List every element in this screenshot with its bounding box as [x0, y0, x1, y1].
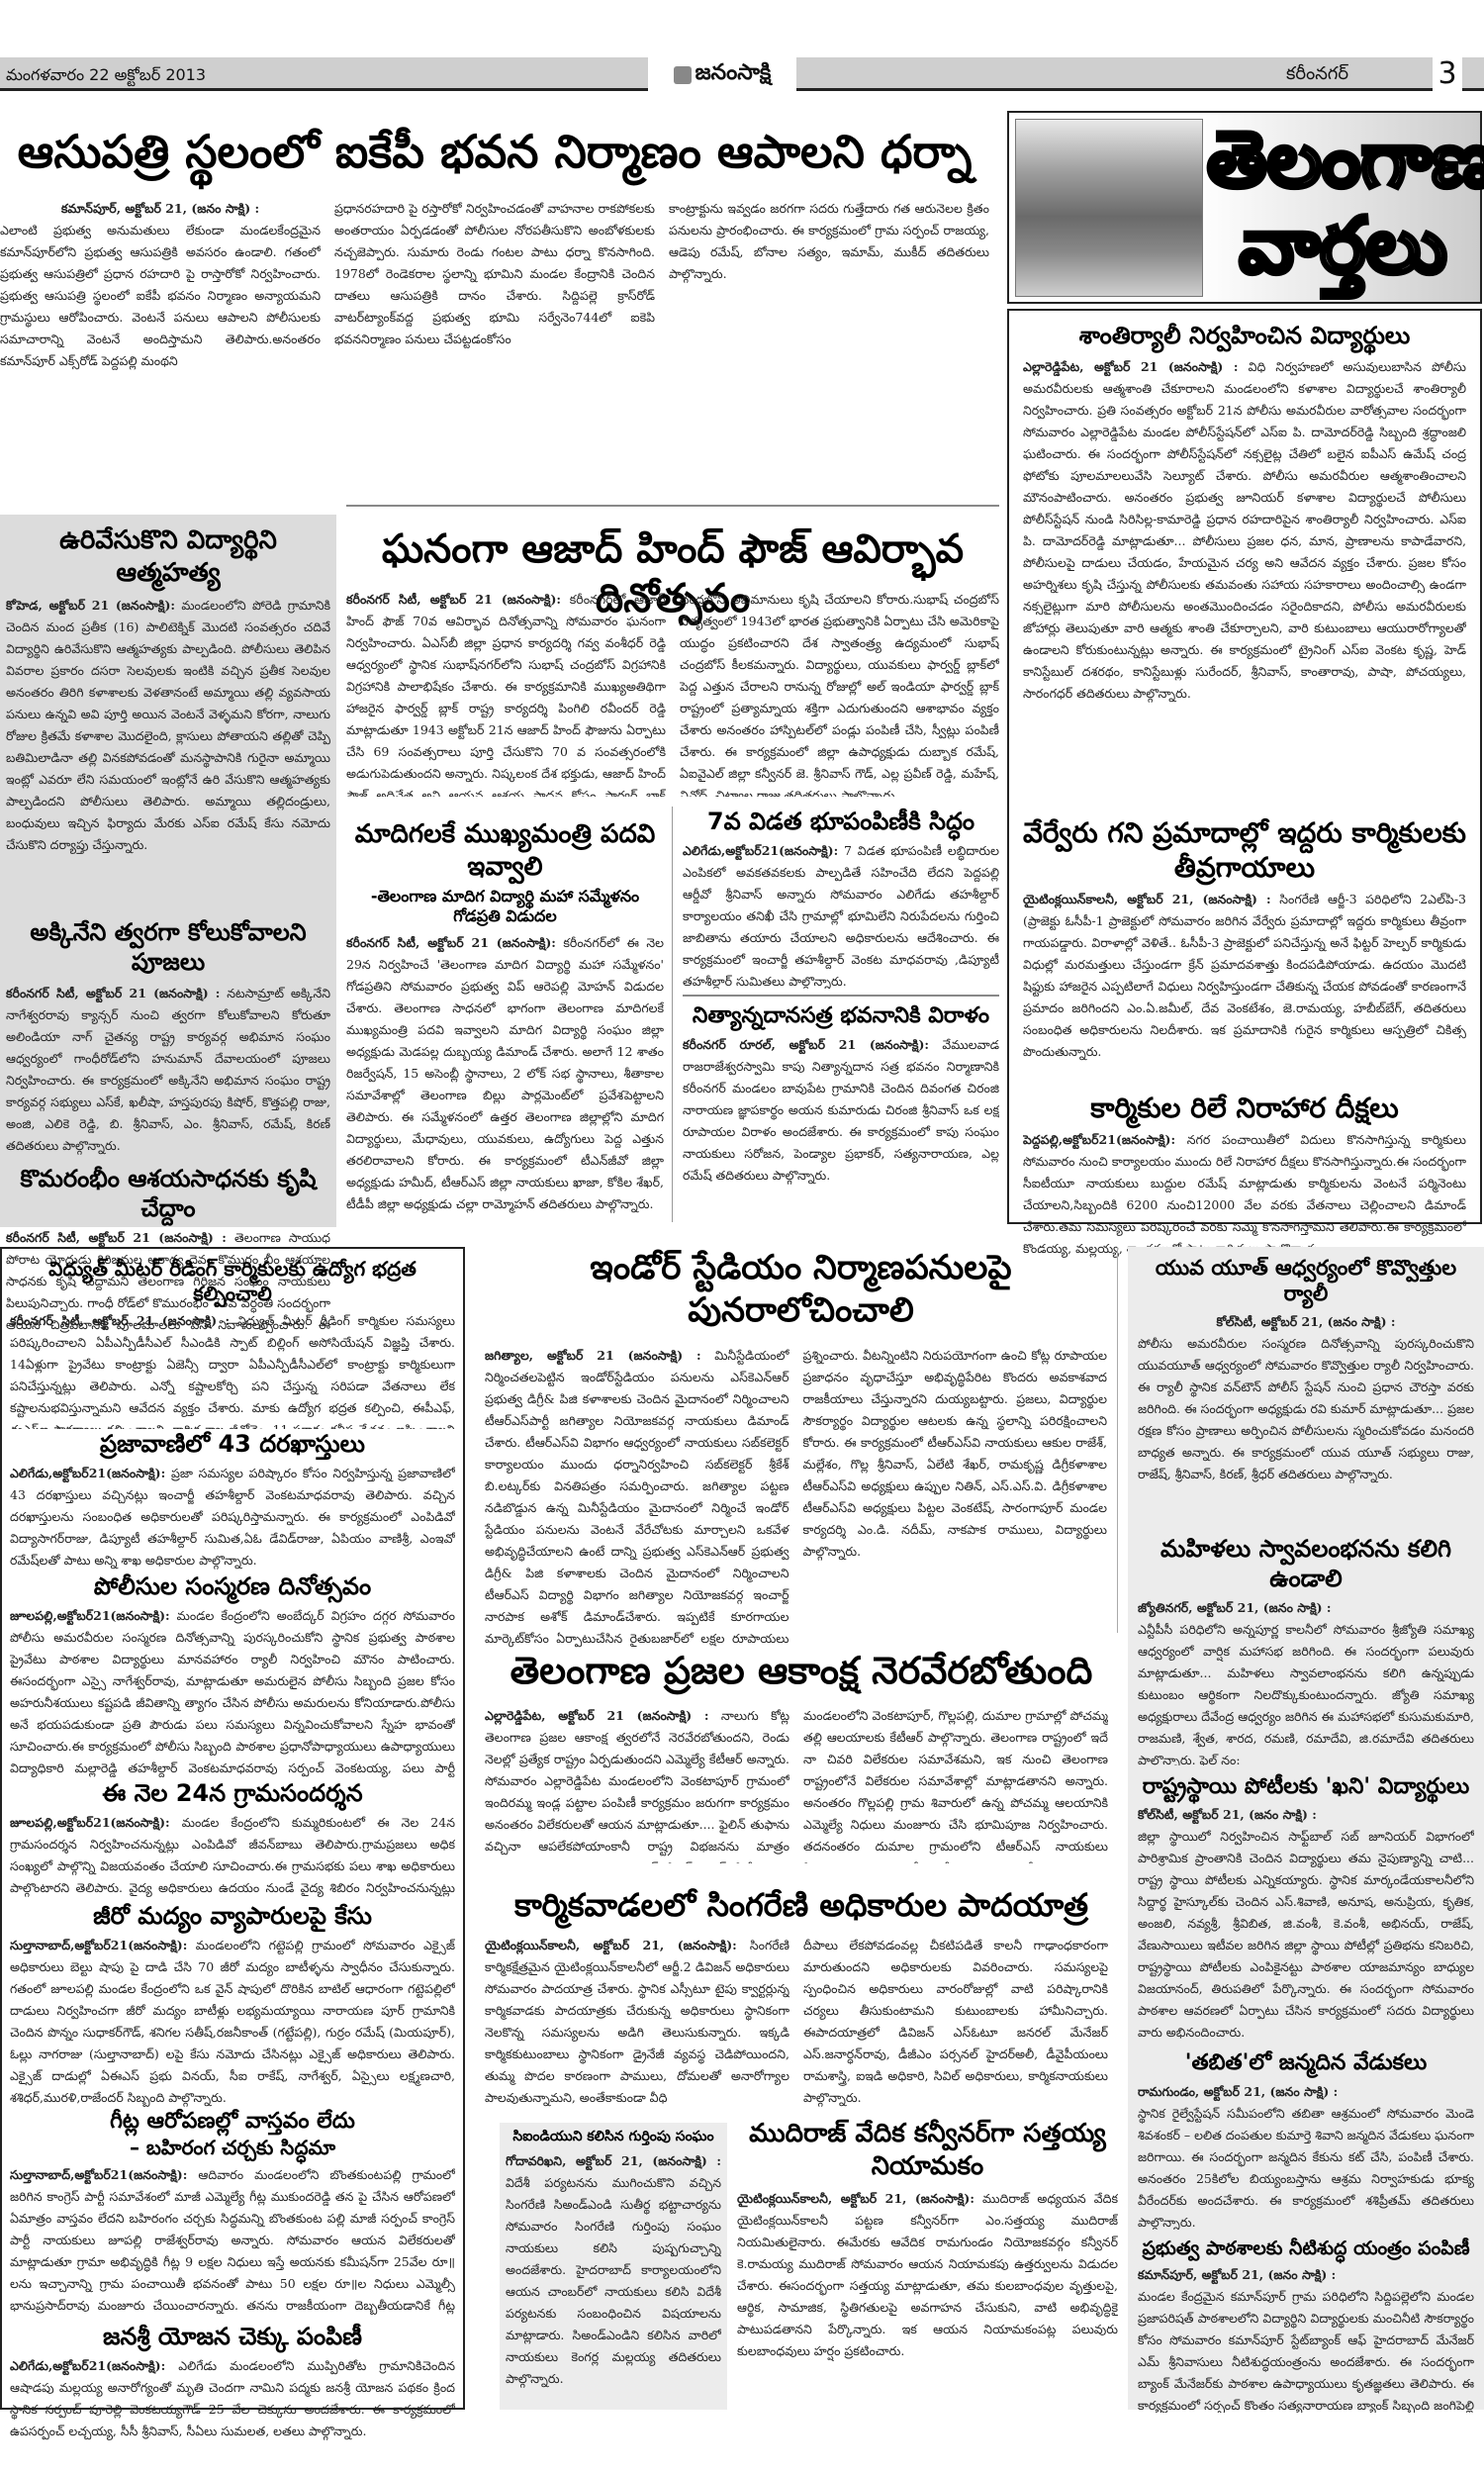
- right-story-2-headline: వేర్వేరు గని ప్రమాదాల్లో ఇద్దరు కార్మికు…: [1023, 815, 1466, 885]
- zero-liquor-headline: జీరో మద్యం వ్యాపారులపై కేసు: [10, 1901, 455, 1931]
- geetla-dateline: సుల్తానాబాద్,అక్టోబర్21(జనంసాక్షి):: [10, 2167, 187, 2182]
- women-body: ఎన్టీపీసీ పరిధిలోని అన్నపూర్ణ కాలనీలో సో…: [1138, 1622, 1474, 1765]
- birthday-dateline: రామగుండం, అక్టోబర్ 21, (జనం సాక్షి) :: [1138, 2081, 1474, 2103]
- state-games-headline: రాష్ట్రస్థాయి పోటీలకు 'ఖని' విద్యార్థులు: [1138, 1773, 1474, 1801]
- candle-rally-headline: యువ యూత్ ఆధ్వర్యంలో కొవ్వొత్తుల ర్యాలీ: [1138, 1255, 1474, 1307]
- sidebar-story-3-dateline: కరీంనగర్ సిటీ, అక్టోబర్ 21 (జనంసాక్షి) :: [6, 1230, 227, 1245]
- stadium-dateline: జగిత్యాల, అక్టోబర్ 21 (జనంసాక్షి) :: [485, 1348, 701, 1363]
- geetla-headline: గీట్ల ఆరోపణల్లో వాస్తవం లేదు: [10, 2108, 455, 2136]
- water-purifier-dateline: కమాన్‌పూర్, అక్టోబర్ 21, (జనం సాక్షి) :: [1138, 2264, 1474, 2286]
- singareni-dateline: యైటింక్లయిన్‌కాలనీ, అక్టోబర్ 21, (జనంసాక…: [485, 1938, 737, 1952]
- madiga-body: కరీంనగర్‌లో ఈ నెల 29న నిర్వహించే 'తెలంగా…: [346, 935, 664, 1211]
- meter-reading-headline: విద్యుత్ మీటర్ రీడింగ్ కార్మికులకు ఉద్యో…: [10, 1257, 455, 1306]
- right-story-2-body: సింగరేణి ఆర్జీ-3 పరిధిలోని 2ఎల్‌పి-3 (ప్…: [1023, 892, 1466, 1059]
- section-divider: [683, 995, 999, 997]
- nityanna-dateline: కరీంనగర్ రూరల్, అక్టోబర్ 21 (జనంసాక్షి):: [683, 1037, 929, 1052]
- lead-dateline: కమాన్‌పూర్, అక్టోబర్ 21, (జనం సాక్షి) :: [0, 198, 321, 220]
- sidebar-story-1-body: మండలంలోని పోరెడి గ్రామానికి చెందిన మంద ప…: [6, 598, 330, 852]
- stadium-col1: మినీస్టేడియంలో నిర్మించతలపెట్టిన ఇండోర్‌…: [485, 1348, 789, 1652]
- azad-hind-col2: చంద్రబోస్ అభిమానులు కృషి చేయాలని కోరారు.…: [680, 589, 999, 797]
- meter-reading-dateline: కరీంనగర్ సిటీ, అక్టోబర్ 21 (జనంసాక్షి) :: [10, 1313, 230, 1328]
- lead-col2: ప్రధానరహదారి పై రస్తారోకో నిర్వహించడంతో …: [334, 198, 655, 505]
- cmd-meeting-article: సిఐండియుని కలిసిన గుర్తింపు సంఘం గోదావరి…: [500, 2123, 727, 2410]
- aspiration-col1: నాలుగు కోట్ల తెలంగాణ ప్రజల ఆకాంక్ష త్వరల…: [485, 1708, 789, 1863]
- banner-title-line2: వార్తలు: [1207, 207, 1479, 288]
- zero-liquor-body: మండలంలోని గట్టెపల్లి గ్రామంలో సోమవారం ఎక…: [10, 1938, 455, 2105]
- candle-rally-dateline: కోల్‌సిటీ, అక్టోబర్ 21, (జనం సాక్షి) :: [1138, 1311, 1474, 1333]
- water-purifier-headline: ప్రభుత్వ పాఠశాలకు నీటిశుద్ధ యంత్రం పంపిణ…: [1138, 2237, 1474, 2261]
- fort-photo: [1015, 119, 1203, 297]
- madiga-subhead: -తెలంగాణ మాదిగ విద్యార్థి మహా సమ్మేళనం గ…: [346, 887, 664, 926]
- zero-liquor-dateline: సుల్తానాబాద్,అక్టోబర్21(జనంసాక్షి):: [10, 1938, 187, 1952]
- singareni-headline: కార్మికవాడలలో సింగరేణి అధికారుల పాదయాత్ర: [485, 1885, 1118, 1925]
- cmd-meeting-headline: సిఐండియుని కలిసిన గుర్తింపు సంఘం: [506, 2129, 721, 2146]
- geetla-body: ఆదివారం మండలంలోని బొంతకుంటపల్లి గ్రామంలో…: [10, 2167, 455, 2318]
- bhupampini-dateline: ఎలిగేడు,అక్టోబర్21(జనంసాక్షి):: [683, 843, 838, 858]
- edition-city: కరీంనగర్: [1286, 63, 1348, 88]
- newspaper-logo: జనంసాక్షి: [648, 55, 796, 95]
- mudiraj-dateline: యైటింక్లయిన్‌కాలనీ, అక్టోబర్ 21, (జనంసాక…: [737, 2191, 974, 2206]
- middle-right-stack: 7వ విడత భూపంపిణీకి సిద్ధం ఎలిగేడు,అక్టోబ…: [683, 807, 999, 1222]
- mudiraj-headline: ముదిరాజ్ వేదిక కన్వీనర్‌గా సత్తయ్య నియామ…: [737, 2118, 1118, 2182]
- right-news-box: శాంతిర్యాలీ నిర్వహించిన విద్యార్థులు ఎల్…: [1007, 309, 1482, 1224]
- lead-col3: కాంట్రాక్టును ఇవ్వడం జరగగా సదరు గుత్తేదా…: [669, 198, 989, 505]
- bhupampini-headline: 7వ విడత భూపంపిణీకి సిద్ధం: [683, 807, 999, 836]
- azad-hind-dateline: కరీంనగర్ సిటీ, అక్టోబర్ 21 (జనంసాక్షి):: [346, 592, 561, 607]
- madiga-article: మాదిగలకే ముఖ్యమంత్రి పదవి ఇవ్వాలి -తెలంగ…: [346, 807, 673, 1222]
- telangana-map-icon: [674, 66, 692, 84]
- stadium-col2: ప్రశ్నించారు. వీటన్నింటిని నిరుపయోగంగా ఉ…: [803, 1345, 1108, 1652]
- section-divider: [346, 505, 999, 507]
- prajavani-body: ప్రజా సమస్యల పరిష్కారం కోసం నిర్వహిస్తున…: [10, 1466, 455, 1568]
- logo-text: జనంసాక్షి: [696, 60, 772, 90]
- sidebar-story-2-headline: అక్కినేని త్వరగా కోలుకోవాలని పూజలు: [6, 917, 330, 977]
- cmd-meeting-dateline: గోదావరిఖని, అక్టోబర్ 21, (జనంసాక్షి) :: [506, 2153, 721, 2168]
- sidebar-story-1-headline: ఉరివేసుకొని విద్యార్థిని ఆత్మహత్య: [6, 524, 330, 589]
- aspiration-dateline: ఎల్లారెడ్డిపేట, అక్టోబర్ 21 (జనంసాక్షి) …: [485, 1708, 709, 1723]
- sidebar-story-3-headline: కొమరంభీం ఆశయసాధనకు కృషి చేద్దాం: [6, 1164, 330, 1223]
- telangana-news-banner: తెలంగాణ వార్తలు: [1007, 111, 1482, 304]
- singareni-col1: సింగరేణి కార్మికక్షేత్రమైన యైటింక్లయిన్‌…: [485, 1938, 789, 2105]
- issue-date: మంగళవారం 22 అక్టోబర్ 2013: [6, 65, 206, 88]
- azad-hind-article: కరీంనగర్ సిటీ, అక్టోబర్ 21 (జనంసాక్షి): …: [346, 589, 999, 797]
- bottom-left-box: విద్యుత్ మీటర్ రీడింగ్ కార్మికులకు ఉద్యో…: [0, 1247, 465, 2410]
- state-games-dateline: కోల్‌సిటీ, అక్టోబర్ 21, (జనం సాక్షి) :: [1138, 1804, 1474, 1826]
- right-story-2-dateline: యైటింక్లయిన్‌కాలనీ, అక్టోబర్ 21, (జనంసాక…: [1023, 892, 1271, 906]
- aspiration-article: తెలంగాణ ప్రజల ఆకాంక్ష నెరవేరబోతుంది ఎల్ల…: [485, 1648, 1118, 1875]
- right-story-1-dateline: ఎల్లారెడ్డిపేట, అక్టోబర్ 21 (జనంసాక్షి) …: [1023, 359, 1238, 374]
- nityanna-body: వేములవాడ రాజరాజేశ్వరస్వామి కాపు నిత్యాన్…: [683, 1037, 999, 1183]
- bhupampini-body: 7 విడత భూపంపిణీ లబ్ధిదారుల ఎంపికలో అవకతవ…: [683, 843, 999, 989]
- women-dateline: జ్యోతినగర్, అక్టోబర్ 21, (జనం సాక్షి) :: [1138, 1597, 1474, 1619]
- stadium-headline: ఇండోర్ స్టేడియం నిర్మాణపనులపై పునరాలోచిం…: [485, 1247, 1117, 1331]
- janasri-dateline: ఎలిగేడు,అక్టోబర్21(జనంసాక్షి):: [10, 2358, 165, 2373]
- aspiration-col2: మండలంలోని వెంకటాపూర్, గొల్లపల్లి, దుమాల …: [803, 1705, 1108, 1863]
- women-headline: మహిళలు స్వావలంభనను కలిగి ఉండాలి: [1138, 1534, 1474, 1593]
- madiga-dateline: కరీంనగర్ సిటీ, అక్టోబర్ 21 (జనంసాక్షి):: [346, 935, 556, 950]
- lead-headline: ఆసుపత్రి స్థలంలో ఐకేపీ భవన నిర్మాణం ఆపాల…: [0, 124, 989, 181]
- page-number: 3: [1433, 57, 1462, 91]
- right-story-3-headline: కార్మికుల రిలే నిరాహార దీక్షలు: [1023, 1091, 1466, 1125]
- azad-hind-col1: కరీంనగర్‌లో ఆజాద్ హింద్ ఫౌజ్ 70వ ఆవిర్భా…: [346, 592, 666, 797]
- cmd-meeting-body: విదేశీ పర్యటనను ముగించుకొని వచ్చిన సింగర…: [506, 2175, 721, 2386]
- birthday-headline: 'తబిత'లో జన్మదిన వేడుకలు: [1138, 2049, 1474, 2077]
- sidebar-story-2-dateline: కరీంనగర్ సిటీ, అక్టోబర్ 21 (జనంసాక్షి) :: [6, 986, 220, 1000]
- left-sidebar: ఉరివేసుకొని విద్యార్థిని ఆత్మహత్య కోహెడ,…: [0, 515, 336, 1227]
- aspiration-headline: తెలంగాణ ప్రజల ఆకాంక్ష నెరవేరబోతుంది: [485, 1648, 1118, 1695]
- meter-reading-body: విద్యుత్ మీటర్ రీడింగ్ కార్మికుల సమస్యలు…: [10, 1313, 455, 1429]
- janasri-headline: జనశ్రీ యోజన చెక్కు పంపిణీ: [10, 2322, 455, 2351]
- candle-rally-body: పోలీసు అమరవీరుల సంస్మరణ దినోత్సవాన్ని పు…: [1138, 1336, 1474, 1481]
- state-games-body: జిల్లా స్థాయిలో నిర్వహించిన సాఫ్ట్‌బాల్ …: [1138, 1829, 1474, 2040]
- right-story-1-body: విధి నిర్వహణలో అసువులుబాసిన పోలీసు అమరవీ…: [1023, 359, 1466, 701]
- prajavani-dateline: ఎలిగేడు,అక్టోబర్21(జనంసాక్షి):: [10, 1466, 165, 1480]
- prajavani-headline: ప్రజావాణిలో 43 దరఖాస్తులు: [10, 1429, 455, 1459]
- sidebar-story-2-body: నటసామ్రాట్ అక్కినేని నాగేశ్వరరావు క్యాన్…: [6, 986, 330, 1153]
- right-story-3-body: నగర పంచాయితీలో విదులు కొనసాగిస్తున్న కార…: [1023, 1132, 1466, 1256]
- nityanna-headline: నిత్యాన్నదానసత్ర భవనానికి విరాళం: [683, 1002, 999, 1030]
- police-memorial-headline: పోలీసుల సంస్మరణ దినోత్సవం: [10, 1571, 455, 1601]
- birthday-body: స్థానిక రైల్వేస్టేషన్ సమీపంలోని తబితా ఆశ…: [1138, 2106, 1474, 2230]
- stadium-article: ఇండోర్ స్టేడియం నిర్మాణపనులపై పునరాలోచిం…: [485, 1247, 1118, 1633]
- sidebar-story-1-dateline: కోహెడ, అక్టోబర్ 21 (జనంసాక్షి):: [6, 598, 175, 613]
- bottom-right-column: యువ యూత్ ఆధ్వర్యంలో కొవ్వొత్తుల ర్యాలీ క…: [1128, 1247, 1484, 2410]
- police-memorial-body: మండల కేంద్రంలోని అంబేద్కర్ విగ్రహం దగ్గర…: [10, 1608, 455, 1778]
- lead-col1: ఎలాంటి ప్రభుత్వ అనుమతులు లేకుండా మండలకేం…: [0, 223, 321, 368]
- mudiraj-body: ముదిరాజ్ అధ్యయన వేదిక యైటింక్లయిన్‌కాలనీ…: [737, 2191, 1118, 2358]
- village-visit-dateline: జూలపల్లి,అక్టోబర్21(జనంసాక్షి):: [10, 1815, 170, 1830]
- police-memorial-dateline: జూలపల్లి,అక్టోబర్21(జనంసాక్షి):: [10, 1608, 170, 1623]
- banner-title-line1: తెలంగాణ: [1207, 121, 1479, 202]
- right-story-1-headline: శాంతిర్యాలీ నిర్వహించిన విద్యార్థులు: [1023, 321, 1466, 350]
- singareni-article: కార్మికవాడలలో సింగరేణి అధికారుల పాదయాత్ర…: [485, 1885, 1118, 2118]
- village-visit-headline: ఈ నెల 24న గ్రామసందర్శన: [10, 1778, 455, 1808]
- mudiraj-article: ముదిరాజ్ వేదిక కన్వీనర్‌గా సత్తయ్య నియామ…: [737, 2118, 1118, 2410]
- madiga-headline: మాదిగలకే ముఖ్యమంత్రి పదవి ఇవ్వాలి: [346, 818, 664, 883]
- water-purifier-body: మండల కేంద్రమైన కమాన్‌పూర్ గ్రామ పరిధిలోన…: [1138, 2289, 1474, 2413]
- geetla-subhead: – బహిరంగ చర్చకు సిద్ధమా: [10, 2136, 455, 2160]
- right-story-3-dateline: పెద్దపల్లి,అక్టోబర్21(జనంసాక్షి):: [1023, 1132, 1175, 1147]
- singareni-col2: దీపాలు లేకపోవడంవల్ల చీకటిపడితే కాలనీ గాఢ…: [803, 1935, 1108, 2108]
- lead-article: కమాన్‌పూర్, అక్టోబర్ 21, (జనం సాక్షి) :ఎ…: [0, 198, 989, 505]
